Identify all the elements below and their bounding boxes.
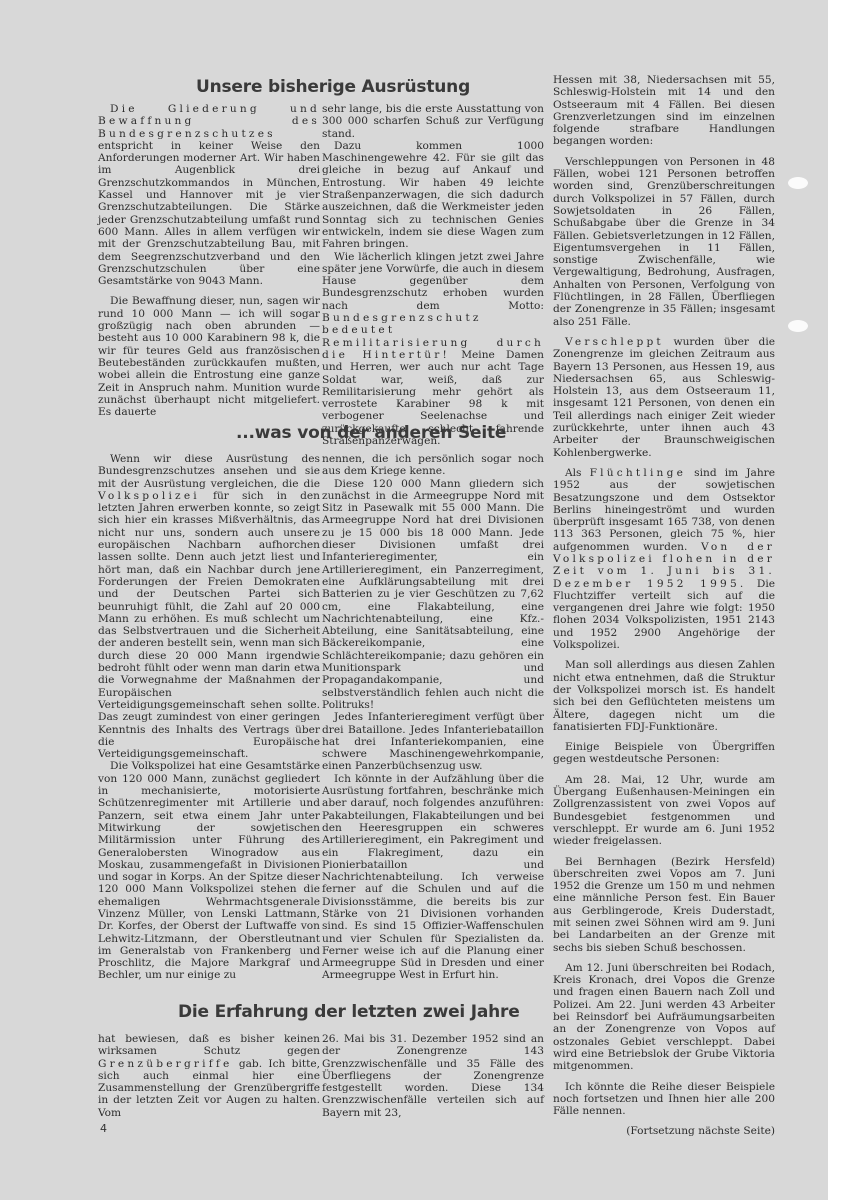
section2-column2: nennen, die ich persönlich sogar noch au…	[322, 453, 544, 982]
punch-hole	[788, 320, 808, 332]
paragraph: Als Flüchtlinge sind im Jahre 1952 aus d…	[553, 467, 775, 651]
section3-column2: 26. Mai bis 31. Dezember 1952 sind an de…	[322, 1033, 544, 1119]
section1-column2: sehr lange, bis die erste Ausstattung vo…	[322, 103, 544, 447]
spaced-emphasis: Flüchtlinge	[590, 467, 686, 479]
paragraph: Die Bewaffnung dieser, nun, sagen wir ru…	[98, 295, 320, 418]
paragraph: Ich könnte in der Aufzählung über die Au…	[322, 773, 544, 982]
paragraph-text: wurden über die Zonengrenze im gleichen …	[553, 336, 775, 459]
paragraph-text: Als	[565, 467, 590, 479]
paragraph: Verschleppt wurden über die Zonengrenze …	[553, 336, 775, 459]
paragraph: Einige Beispiele von Übergriffen gegen w…	[553, 741, 775, 766]
paragraph: Die Volkspolizei hat eine Gesamtstärke v…	[98, 760, 320, 981]
paragraph-text: Wie lächerlich klingen jetzt zwei Jahre …	[322, 251, 544, 312]
spaced-emphasis: Volkspolizei	[98, 490, 200, 502]
paragraph-text: entspricht in keiner Weise den Anforderu…	[98, 140, 320, 287]
paragraph: Verschleppungen von Personen in 48 Fälle…	[553, 156, 775, 328]
spaced-emphasis: Die Gliederung und Bewaffnung des Bundes…	[98, 103, 320, 140]
paragraph: Die Gliederung und Bewaffnung des Bundes…	[98, 103, 320, 287]
paragraph: Hessen mit 38, Niedersachsen mit 55, Sch…	[553, 74, 775, 148]
section-heading-equipment: Unsere bisherige Ausrüstung	[196, 77, 470, 97]
paragraph: nennen, die ich persönlich sogar noch au…	[322, 453, 544, 478]
paragraph-text: für sich in den letzten Jahren erwerben …	[98, 490, 320, 760]
paragraph: Dazu kommen 1000 Maschinengewehre 42. Fü…	[322, 140, 544, 251]
section1-column1: Die Gliederung und Bewaffnung des Bundes…	[98, 103, 320, 418]
paragraph: Man soll allerdings aus diesen Zahlen ni…	[553, 659, 775, 733]
spaced-emphasis: Grenzübergriffe	[98, 1058, 232, 1070]
paragraph: Jedes Infanterieregiment verfügt über dr…	[322, 711, 544, 772]
paragraph: Bei Bernhagen (Bezirk Hersfeld) überschr…	[553, 856, 775, 954]
section2-column1: Wenn wir diese Ausrüstung des Bundesgren…	[98, 453, 320, 982]
paragraph: Wie lächerlich klingen jetzt zwei Jahre …	[322, 251, 544, 448]
scanned-page: Unsere bisherige Ausrüstung Die Gliederu…	[0, 0, 828, 1200]
paragraph: Ich könnte die Reihe dieser Beispiele no…	[553, 1081, 775, 1118]
right-column: Hessen mit 38, Niedersachsen mit 55, Sch…	[553, 74, 775, 1138]
paragraph: Wenn wir diese Ausrüstung des Bundesgren…	[98, 453, 320, 760]
paragraph: sehr lange, bis die erste Ausstattung vo…	[322, 103, 544, 140]
page-number: 4	[100, 1122, 107, 1135]
paragraph: Diese 120 000 Mann gliedern sich zunächs…	[322, 478, 544, 712]
paragraph-text: hat bewiesen, daß es bisher keinen wirks…	[98, 1033, 320, 1057]
paragraph: Am 12. Juni überschreiten bei Rodach, Kr…	[553, 962, 775, 1073]
continuation-note: (Fortsetzung nächste Seite)	[553, 1125, 775, 1137]
section-heading-experience: Die Erfahrung der letzten zwei Jahre	[178, 1002, 520, 1022]
paragraph: 26. Mai bis 31. Dezember 1952 sind an de…	[322, 1033, 544, 1119]
paragraph: hat bewiesen, daß es bisher keinen wirks…	[98, 1033, 320, 1119]
section3-column1: hat bewiesen, daß es bisher keinen wirks…	[98, 1033, 320, 1119]
paragraph: Am 28. Mai, 12 Uhr, wurde am Übergang Eu…	[553, 774, 775, 848]
spaced-emphasis: Verschleppt	[565, 336, 664, 348]
punch-hole	[788, 177, 808, 189]
section-heading-other-side: ...was von der anderen Seite	[236, 423, 506, 443]
paragraph-text: Wenn wir diese Ausrüstung des Bundesgren…	[98, 453, 320, 490]
